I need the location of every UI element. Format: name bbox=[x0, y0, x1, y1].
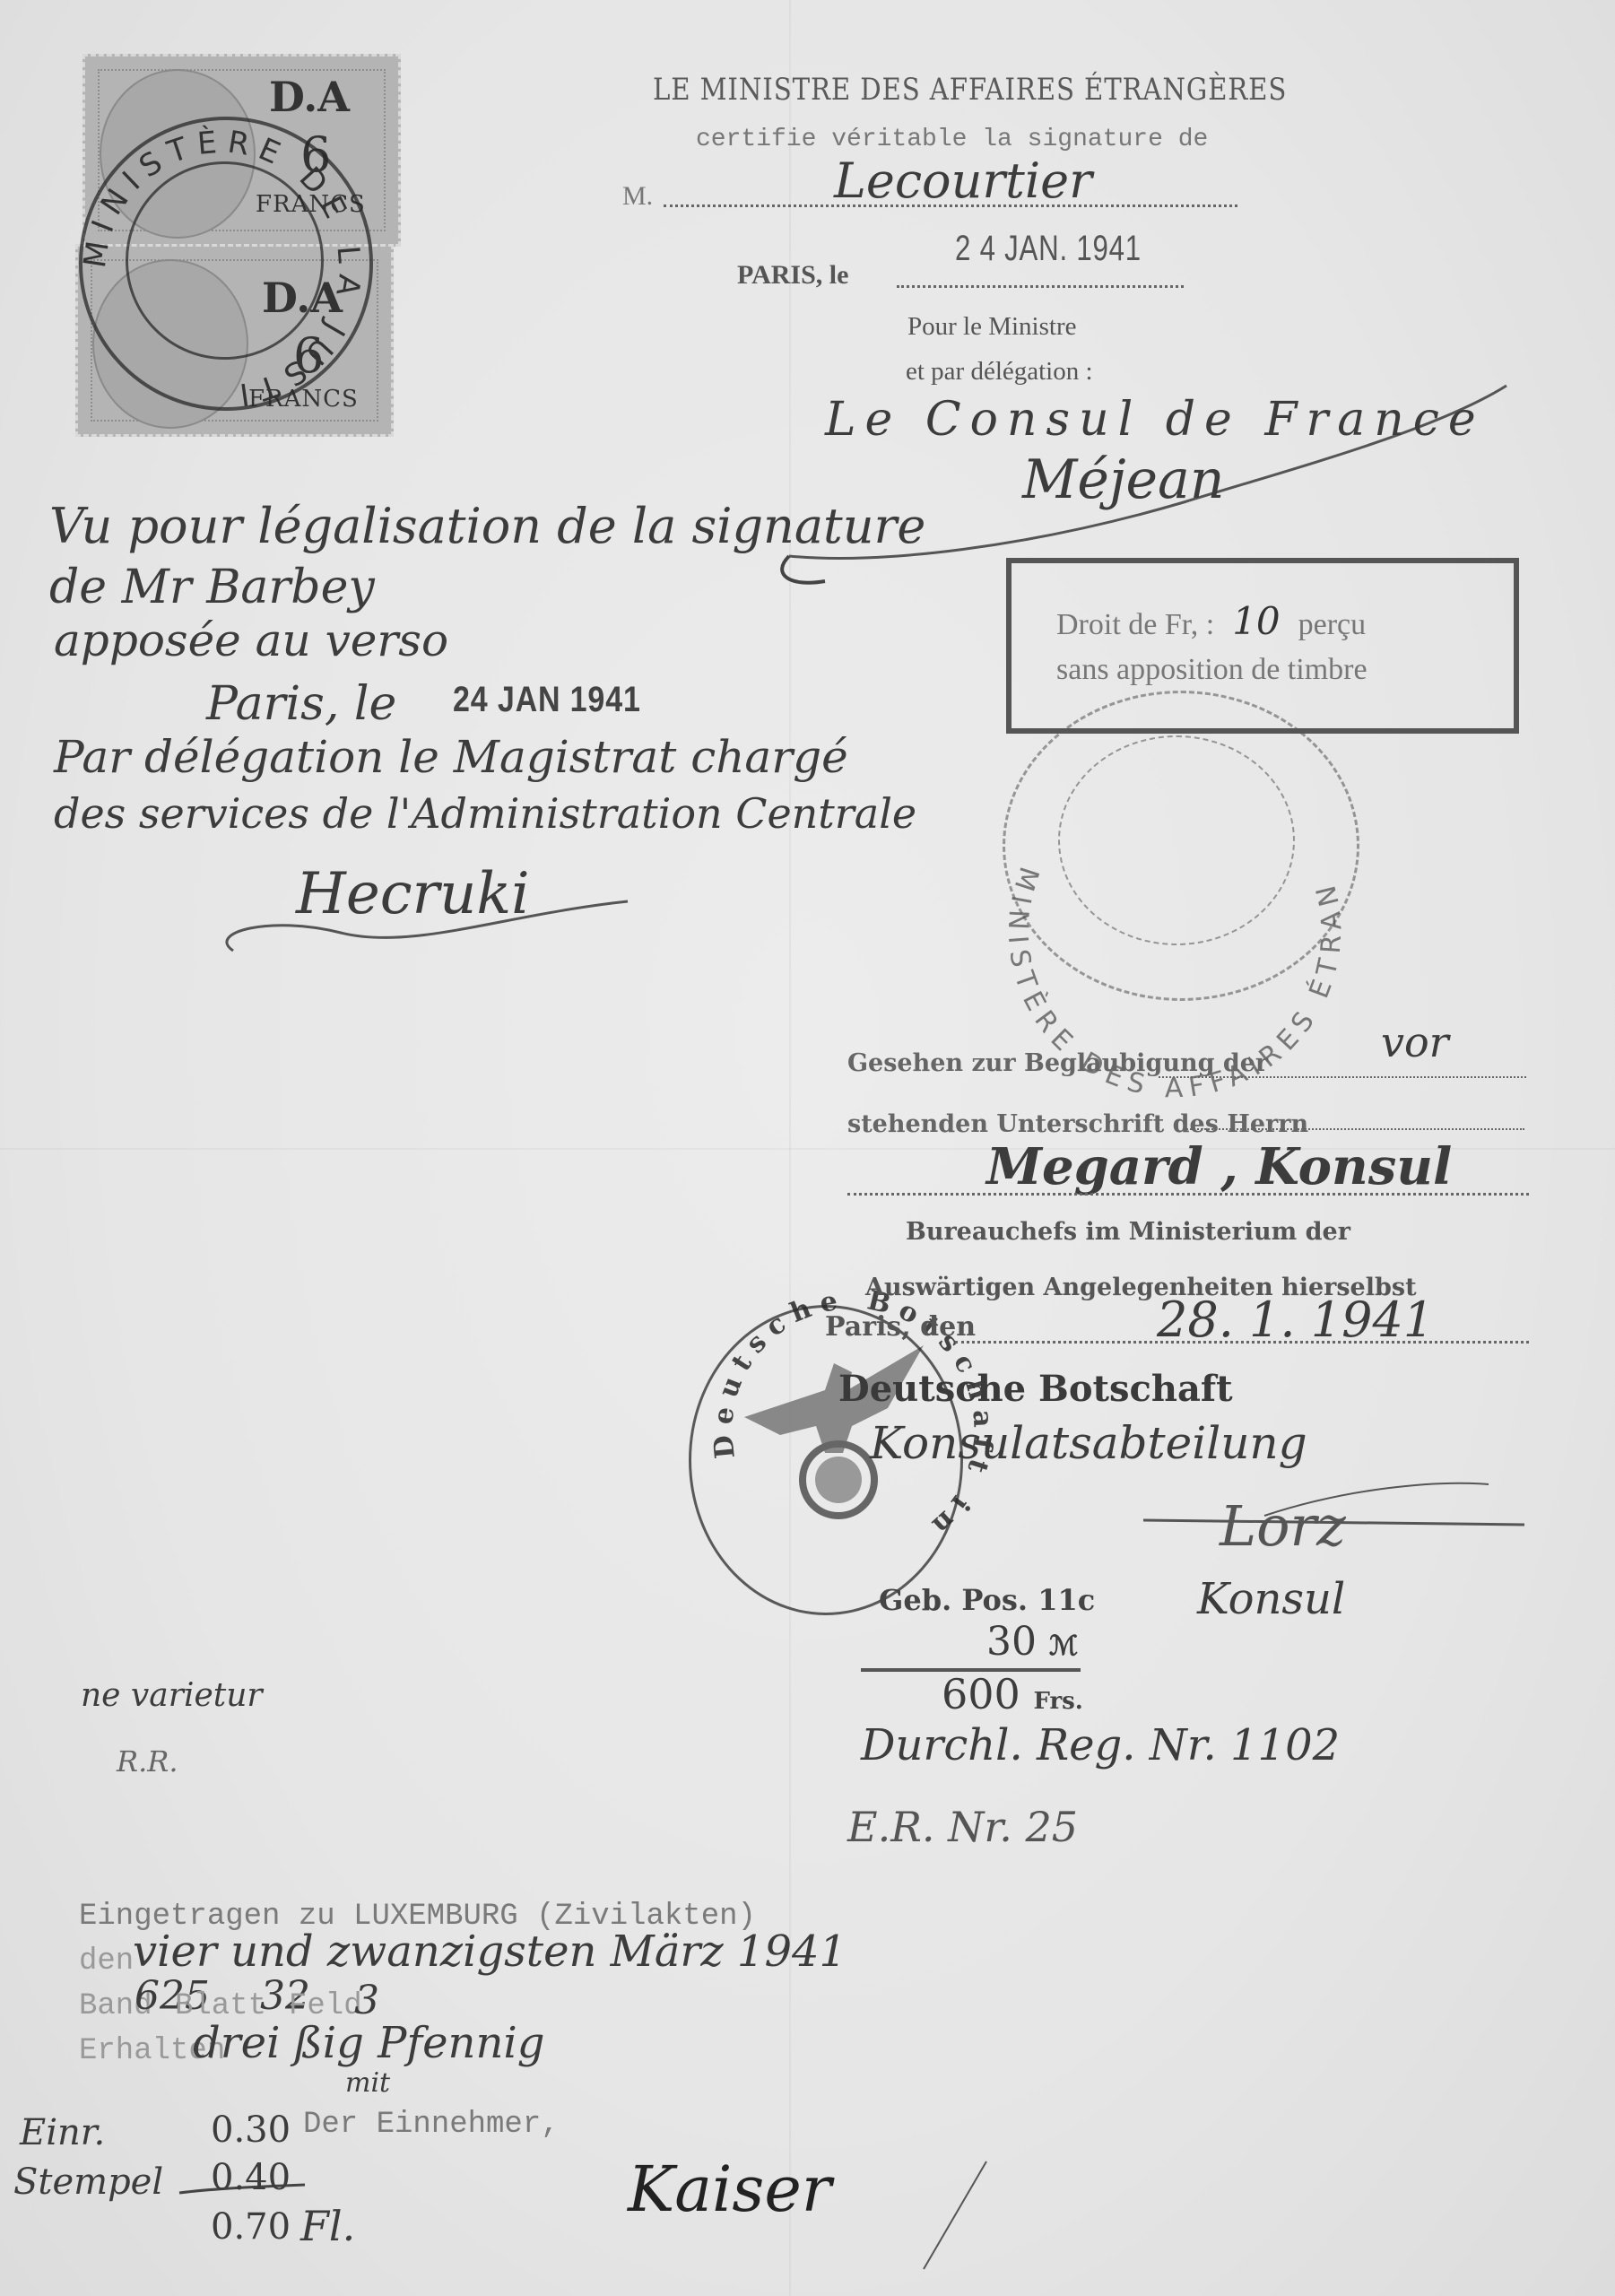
certification-date-stamp: 2 4 JAN. 1941 bbox=[955, 229, 1142, 269]
reichsmark-symbol: ℳ bbox=[1049, 1631, 1078, 1662]
tally-row-2-label: Stempel bbox=[13, 2161, 163, 2203]
pour-le-ministre: Pour le Ministre bbox=[907, 312, 1077, 342]
legalization-line-5: Par délégation le Magistrat chargé bbox=[54, 731, 848, 783]
fee-box-stamp: Droit de Fr, :10perçu sans apposition de… bbox=[1006, 558, 1519, 734]
tally-row-2-value: 0.40 bbox=[211, 2157, 291, 2198]
foreign-affairs-seal-inner bbox=[1058, 735, 1295, 945]
fee-frs-value: 600 bbox=[942, 1670, 1020, 1718]
consular-department-hand: Konsulatsabteilung bbox=[870, 1417, 1307, 1469]
certification-subtitle: certifie véritable la signature de bbox=[696, 126, 1208, 153]
legalization-line-2: de Mr Barbey bbox=[49, 561, 375, 614]
initials-note: R.R. bbox=[117, 1744, 178, 1779]
tally-row-1-label: Einr. bbox=[20, 2112, 105, 2153]
german-line-3: Bureauchefs im Ministerium der bbox=[906, 1218, 1350, 1246]
m-label: M. bbox=[622, 181, 653, 212]
register-number-hand: Durchl. Reg. Nr. 1102 bbox=[861, 1720, 1340, 1770]
fee-label: Droit de Fr, : bbox=[1056, 608, 1214, 641]
german-line-2: stehenden Unterschrift des Herrn bbox=[847, 1110, 1308, 1138]
date-dotted-line bbox=[897, 285, 1184, 288]
place-label: PARIS, le bbox=[737, 260, 848, 291]
consul-title-hand: Konsul bbox=[1197, 1574, 1345, 1624]
legalization-line-3: apposée au verso bbox=[54, 614, 448, 666]
german-line-1: Gesehen zur Beglaubigung der bbox=[847, 1049, 1268, 1077]
dotted-line bbox=[1184, 1128, 1524, 1130]
legalization-date-stamp: 24 JAN 1941 bbox=[453, 680, 641, 720]
tally-row-1-value: 0.30 bbox=[211, 2109, 291, 2151]
fee-rm-value: 30 bbox=[986, 1619, 1037, 1665]
legalization-line-1: Vu pour légalisation de la signature bbox=[49, 498, 925, 554]
fee-amount-frs: 600 Frs. bbox=[942, 1670, 1083, 1718]
dotted-line bbox=[1159, 1076, 1526, 1078]
german-place: Paris, den bbox=[825, 1311, 976, 1343]
dotted-line bbox=[847, 1193, 1529, 1196]
embassy-official-signature: Lorz bbox=[1220, 1493, 1346, 1559]
german-line-1-hand: vor bbox=[1381, 1018, 1449, 1066]
legalization-line-6: des services de l'Administration Central… bbox=[54, 789, 916, 838]
ministry-title: LE MINISTRE DES AFFAIRES ÉTRANGÈRES bbox=[653, 72, 1287, 108]
tally-currency: Fl. bbox=[300, 2202, 355, 2250]
document-page: D.A 6 FRANCS D.A 6 FRANCS MINISTÈRE DE L… bbox=[0, 0, 1615, 2296]
german-date-hand: 28. 1. 1941 bbox=[1157, 1291, 1434, 1348]
fee-amount: 10 bbox=[1214, 599, 1298, 643]
legalization-signature: Hecruki bbox=[296, 861, 530, 927]
tally-total-value: 0.70 bbox=[211, 2206, 291, 2248]
certified-signatory-name: Lecourtier bbox=[834, 152, 1092, 209]
den-label: den bbox=[79, 1944, 134, 1979]
fee-amount-rm: 30 ℳ bbox=[986, 1619, 1078, 1665]
einnehmer-signature: Kaiser bbox=[628, 2152, 831, 2226]
einnehmer-label: Der Einnehmer, bbox=[303, 2108, 560, 2142]
consul-line: Le Consul de France bbox=[825, 393, 1485, 447]
consul-signature: Méjean bbox=[1022, 448, 1224, 511]
frs-label: Frs. bbox=[1033, 1688, 1082, 1715]
registration-date-hand: vier und zwanzigsten März 1941 bbox=[133, 1926, 847, 1977]
german-name-hand: Megard , Konsul bbox=[986, 1137, 1452, 1196]
embassy-name: Deutsche Botschaft bbox=[838, 1368, 1233, 1410]
fee-note: sans apposition de timbre bbox=[1056, 653, 1368, 687]
fee-position-label: Geb. Pos. 11c bbox=[879, 1583, 1095, 1617]
erhalten-hand-2: mit bbox=[345, 2067, 390, 2099]
feld-value: 3 bbox=[354, 1978, 379, 2023]
er-number-hand: E.R. Nr. 25 bbox=[847, 1803, 1078, 1851]
fee-percu: perçu bbox=[1298, 608, 1367, 641]
ne-varietur-note: ne varietur bbox=[81, 1677, 263, 1714]
legalization-place: Paris, le bbox=[206, 677, 396, 731]
svg-text:MINISTÈRE DE LA JUSTICE: MINISTÈRE DE LA JUSTICE bbox=[0, 0, 368, 413]
erhalten-amount-hand: drei ßig Pfennig bbox=[193, 2018, 544, 2068]
par-delegation: et par délégation : bbox=[906, 357, 1093, 387]
